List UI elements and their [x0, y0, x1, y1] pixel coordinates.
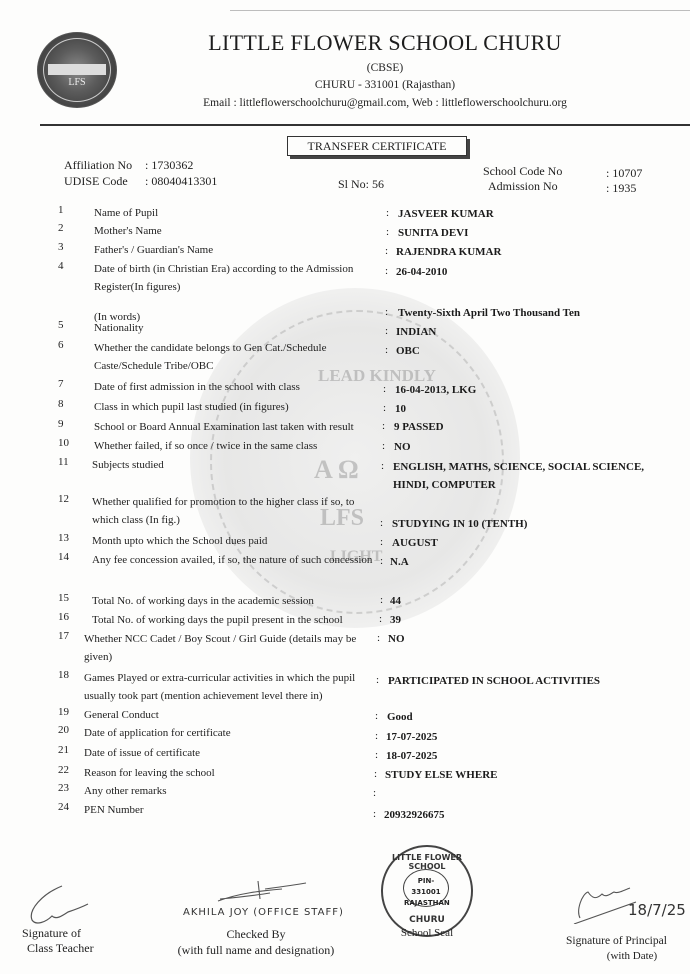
- field-colon: :: [385, 265, 393, 277]
- school-code-value: : 10707: [606, 166, 642, 181]
- checked-by-note: (with full name and designation): [170, 943, 342, 958]
- field-label: Reason for leaving the school: [84, 764, 374, 782]
- field-colon: :: [373, 787, 381, 799]
- field-label: Any fee concession availed, if so, the n…: [92, 551, 382, 569]
- field-colon: :: [380, 517, 388, 529]
- field-number: 23: [58, 782, 80, 794]
- field-number: 15: [58, 592, 80, 604]
- seal-state: RAJASTHAN: [404, 898, 448, 909]
- checked-by-label: Checked By: [176, 927, 336, 942]
- school-code-label: School Code No: [483, 164, 562, 179]
- class-teacher-label-line2: Class Teacher: [27, 941, 107, 956]
- field-number: 12: [58, 493, 80, 505]
- field-value: NO: [394, 438, 411, 456]
- logo-band: [48, 64, 106, 75]
- field-value: 18-07-2025: [386, 747, 437, 765]
- field-colon: :: [381, 460, 389, 472]
- field-value: PARTICIPATED IN SCHOOL ACTIVITIES: [388, 672, 600, 690]
- field-value: N.A: [390, 553, 409, 571]
- field-number: 7: [58, 378, 80, 390]
- field-colon: :: [385, 306, 393, 318]
- field-label: Whether the candidate belongs to Gen Cat…: [94, 339, 384, 375]
- class-teacher-label-line1: Signature of: [22, 926, 102, 941]
- field-number: 9: [58, 418, 80, 430]
- field-colon: :: [386, 226, 394, 238]
- field-label: Nationality: [94, 319, 384, 337]
- field-value: NO: [388, 630, 405, 648]
- field-colon: :: [380, 594, 388, 606]
- field-colon: :: [385, 245, 393, 257]
- seal-center: PIN-331001 RAJASTHAN: [403, 869, 449, 907]
- field-colon: :: [375, 730, 383, 742]
- principal-label: Signature of Principal: [566, 934, 690, 949]
- field-colon: :: [385, 344, 393, 356]
- class-teacher-signature: [22, 880, 97, 930]
- field-value: ENGLISH, MATHS, SCIENCE, SOCIAL SCIENCE,…: [393, 458, 663, 494]
- field-value: Twenty-Sixth April Two Thousand Ten: [398, 304, 580, 322]
- field-number: 17: [58, 630, 80, 642]
- field-colon: :: [373, 808, 381, 820]
- school-logo: LFS: [37, 32, 117, 108]
- field-number: 21: [58, 744, 80, 756]
- field-label: Whether qualified for promotion to the h…: [92, 493, 382, 529]
- admission-value: : 1935: [606, 181, 636, 196]
- field-number: 4: [58, 260, 80, 272]
- field-number: 13: [58, 532, 80, 544]
- field-label: Any other remarks: [84, 782, 374, 800]
- field-colon: :: [375, 749, 383, 761]
- field-value: INDIAN: [396, 323, 436, 341]
- school-contact: Email : littleflowerschoolchuru@gmail.co…: [150, 97, 620, 109]
- udise-value: : 08040413301: [145, 174, 217, 189]
- field-number: 10: [58, 437, 80, 449]
- field-colon: :: [382, 440, 390, 452]
- seal-pin: PIN-331001: [404, 876, 448, 898]
- field-value: STUDYING IN 10 (TENTH): [392, 515, 527, 533]
- field-label: Date of issue of certificate: [84, 744, 374, 762]
- field-value: SUNITA DEVI: [398, 224, 468, 242]
- field-label: School or Board Annual Examination last …: [94, 418, 384, 436]
- field-label: Total No. of working days the pupil pres…: [92, 611, 382, 629]
- field-number: 5: [58, 319, 80, 331]
- field-value: OBC: [396, 342, 420, 360]
- field-value: 9 PASSED: [394, 418, 444, 436]
- field-label: Date of application for certificate: [84, 724, 374, 742]
- field-number: 3: [58, 241, 80, 253]
- field-label: Subjects studied: [92, 456, 382, 474]
- field-value: RAJENDRA KUMAR: [396, 243, 501, 261]
- serial-number: Sl No: 56: [338, 177, 384, 192]
- field-colon: :: [377, 632, 385, 644]
- field-colon: :: [376, 674, 384, 686]
- field-colon: :: [380, 555, 388, 567]
- field-label: Date of birth (in Christian Era) accordi…: [94, 260, 384, 296]
- school-address: CHURU - 331001 (Rajasthan): [150, 79, 620, 91]
- field-label: Whether NCC Cadet / Boy Scout / Girl Gui…: [84, 630, 384, 666]
- affiliation-label: Affiliation No: [64, 158, 132, 173]
- field-label: General Conduct: [84, 706, 374, 724]
- field-value: STUDY ELSE WHERE: [385, 766, 497, 784]
- school-seal: LITTLE FLOWER SCHOOL PIN-331001 RAJASTHA…: [381, 845, 473, 937]
- udise-label: UDISE Code: [64, 174, 128, 189]
- principal-handwritten-date: 18/7/25: [628, 901, 686, 919]
- field-value: 44: [390, 592, 401, 610]
- school-board: (CBSE): [150, 62, 620, 74]
- field-colon: :: [379, 613, 387, 625]
- affiliation-value: : 1730362: [145, 158, 193, 173]
- field-number: 14: [58, 551, 80, 563]
- field-label: Games Played or extra-curricular activit…: [84, 669, 384, 705]
- field-value: Good: [387, 708, 413, 726]
- field-value: 10: [395, 400, 406, 418]
- scan-edge-line: [230, 10, 690, 11]
- seal-bottom-text: CHURU: [383, 915, 471, 925]
- field-label: Name of Pupil: [94, 204, 384, 222]
- field-number: 24: [58, 801, 80, 813]
- field-colon: :: [380, 536, 388, 548]
- principal-note: (with Date): [597, 949, 667, 964]
- field-number: 8: [58, 398, 80, 410]
- field-value: JASVEER KUMAR: [398, 205, 494, 223]
- document-title: TRANSFER CERTIFICATE: [287, 136, 467, 156]
- field-value: 20932926675: [384, 806, 445, 824]
- field-number: 19: [58, 706, 80, 718]
- field-label: Date of first admission in the school wi…: [94, 378, 384, 396]
- field-value: 39: [390, 611, 401, 629]
- checked-by-signature: [210, 875, 310, 907]
- field-label: Whether failed, if so once / twice in th…: [94, 437, 384, 455]
- field-label: Mother's Name: [94, 222, 384, 240]
- field-number: 20: [58, 724, 80, 736]
- checked-by-handwritten-name: AKHILA JOY (OFFICE STAFF): [183, 907, 344, 918]
- school-seal-label: School Seal: [392, 926, 462, 941]
- school-name: LITTLE FLOWER SCHOOL CHURU: [150, 30, 620, 56]
- admission-label: Admission No: [488, 179, 558, 194]
- field-number: 11: [58, 456, 80, 468]
- field-colon: :: [386, 207, 394, 219]
- logo-initials: LFS: [38, 77, 116, 88]
- field-number: 6: [58, 339, 80, 351]
- field-value: 16-04-2013, LKG: [395, 381, 476, 399]
- field-label: Class in which pupil last studied (in fi…: [94, 398, 384, 416]
- field-number: 1: [58, 204, 80, 216]
- field-colon: :: [385, 325, 393, 337]
- field-value: 17-07-2025: [386, 728, 437, 746]
- field-number: 2: [58, 222, 80, 234]
- field-colon: :: [383, 383, 391, 395]
- field-number: 18: [58, 669, 80, 681]
- field-label: Father's / Guardian's Name: [94, 241, 384, 259]
- field-value: AUGUST: [392, 534, 438, 552]
- field-value: 26-04-2010: [396, 263, 447, 281]
- field-colon: :: [375, 710, 383, 722]
- field-label: Month upto which the School dues paid: [92, 532, 382, 550]
- header-divider: [40, 124, 690, 126]
- field-label: Total No. of working days in the academi…: [92, 592, 382, 610]
- field-label: PEN Number: [84, 801, 374, 819]
- field-number: 16: [58, 611, 80, 623]
- field-number: 22: [58, 764, 80, 776]
- field-colon: :: [383, 402, 391, 414]
- field-colon: :: [382, 420, 390, 432]
- field-colon: :: [374, 768, 382, 780]
